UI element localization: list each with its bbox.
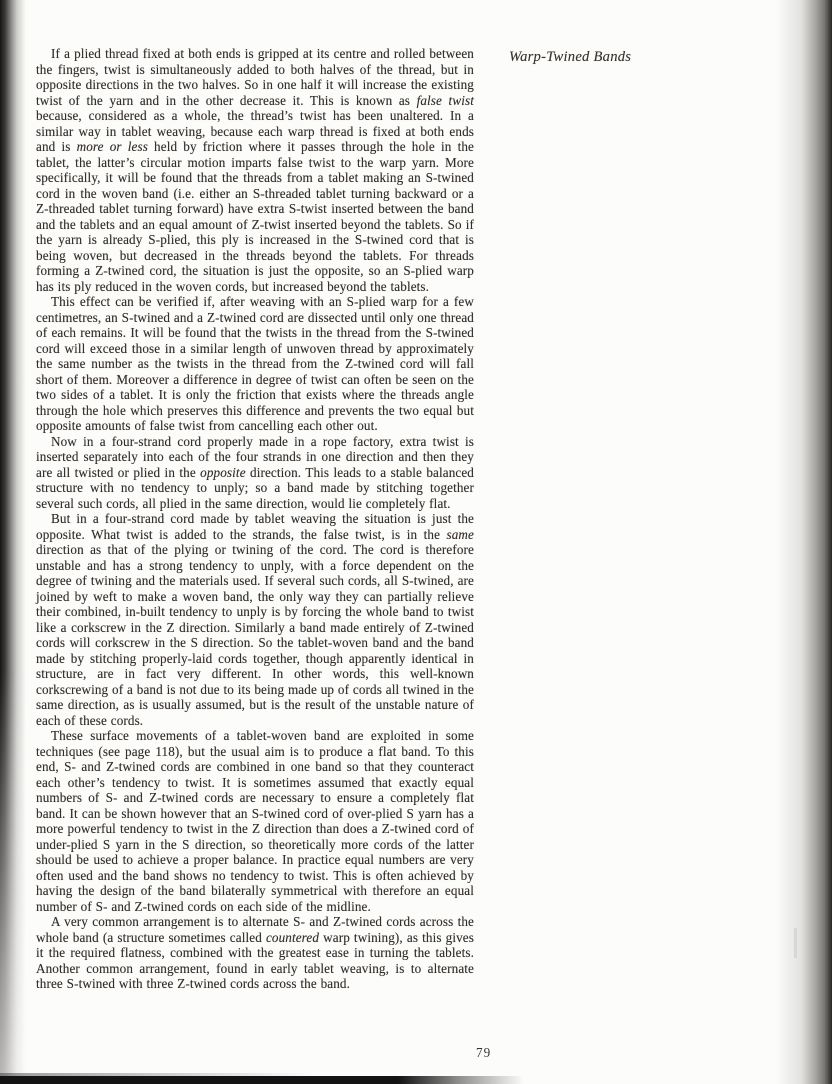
scan-page-curve-shadow xyxy=(776,0,832,1084)
paragraph: A very common arrangement is to alternat… xyxy=(36,914,474,992)
paragraph: If a plied thread fixed at both ends is … xyxy=(36,46,474,294)
text-segment: This effect can be verified if, after we… xyxy=(36,294,474,433)
italic-text-segment: opposite xyxy=(200,465,246,480)
italic-text-segment: countered xyxy=(266,930,319,945)
body-text: If a plied thread fixed at both ends is … xyxy=(36,46,474,992)
page-number: 79 xyxy=(476,1045,491,1061)
italic-text-segment: same xyxy=(447,527,475,542)
scanned-book-page: Warp-Twined Bands If a plied thread fixe… xyxy=(0,0,832,1084)
paragraph: But in a four-strand cord made by tablet… xyxy=(36,511,474,728)
scan-bottom-edge xyxy=(0,1076,524,1084)
scan-gutter-edge xyxy=(0,0,26,1084)
italic-text-segment: false twist xyxy=(417,93,474,108)
paragraph: Now in a four-strand cord properly made … xyxy=(36,434,474,512)
running-header: Warp-Twined Bands xyxy=(509,49,631,66)
text-segment: held by friction where it passes through… xyxy=(36,139,474,294)
text-segment: direction as that of the plying or twini… xyxy=(36,542,474,728)
scan-stray-mark xyxy=(794,928,797,958)
text-segment: If a plied thread fixed at both ends is … xyxy=(36,46,474,108)
paragraph: These surface movements of a tablet-wove… xyxy=(36,728,474,914)
text-segment: But in a four-strand cord made by tablet… xyxy=(36,511,474,542)
paragraph: This effect can be verified if, after we… xyxy=(36,294,474,434)
text-segment: These surface movements of a tablet-wove… xyxy=(36,728,474,914)
italic-text-segment: more or less xyxy=(77,139,148,154)
